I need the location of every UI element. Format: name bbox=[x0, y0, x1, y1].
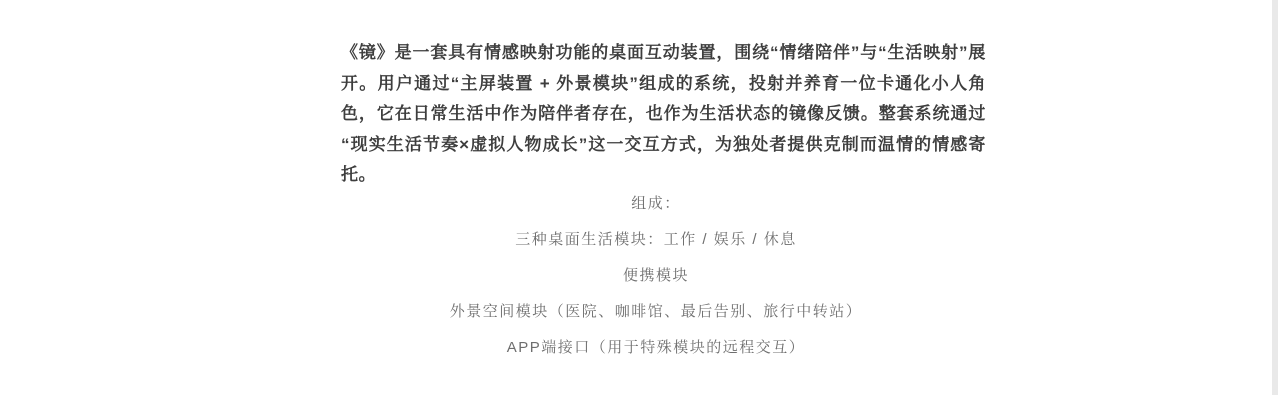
composition-item-portable-module: 便携模块 bbox=[40, 268, 1272, 284]
composition-heading: 组成： bbox=[40, 196, 1272, 212]
composition-item-desktop-modules: 三种桌面生活模块：工作 / 娱乐 / 休息 bbox=[40, 232, 1272, 248]
composition-item-app-interface: APP端接口（用于特殊模块的远程交互） bbox=[40, 340, 1272, 356]
composition-item-exterior-space-module: 外景空间模块（医院、咖啡馆、最后告别、旅行中转站） bbox=[40, 304, 1272, 320]
intro-paragraph: 《镜》是一套具有情感映射功能的桌面互动装置，围绕“情绪陪伴”与“生活映射”展开。… bbox=[341, 38, 986, 191]
scrollbar-track[interactable] bbox=[1272, 0, 1278, 395]
composition-section: 组成： 三种桌面生活模块：工作 / 娱乐 / 休息 便携模块 外景空间模块（医院… bbox=[40, 196, 1272, 376]
